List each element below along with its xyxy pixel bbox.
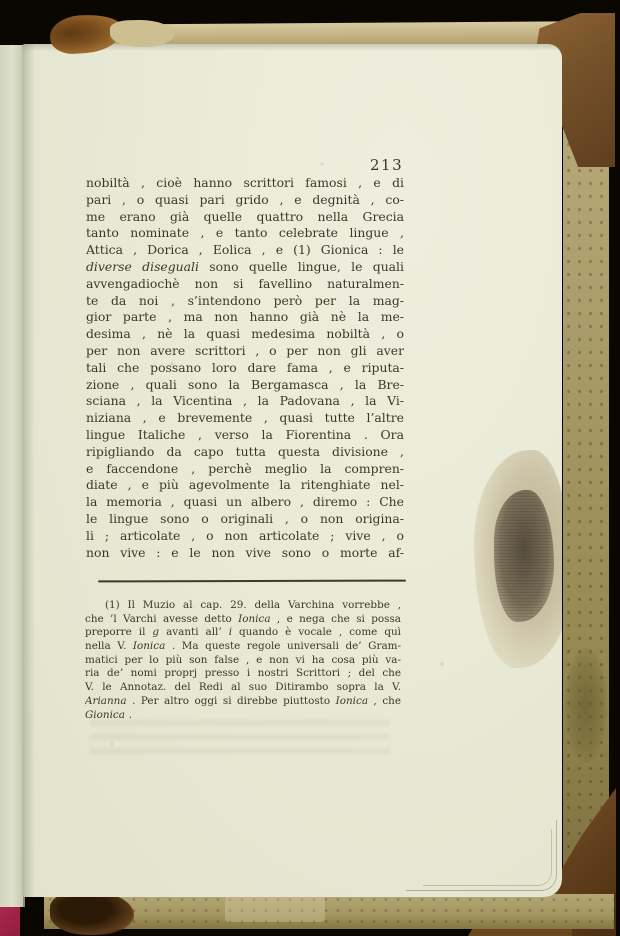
italic-text: Arianna [85, 695, 127, 707]
body-text-line: te da noi , s’intendono però per la mag- [86, 293, 404, 310]
body-text: nobiltà , cioè hanno scrittori famosi , … [86, 175, 404, 561]
book-scan: 213 nobiltà , cioè hanno scrittori famos… [0, 0, 620, 936]
italic-text: diverse diseguali [86, 259, 199, 274]
body-text-line: pari , o quasi pari grido , e degnità , … [86, 192, 404, 209]
body-text-line: nobiltà , cioè hanno scrittori famosi , … [86, 175, 404, 192]
body-text-line: avvengadiochè non si favellino naturalme… [86, 276, 404, 293]
body-text-line: ripigliando da capo tutta questa divisio… [86, 444, 404, 461]
footnote-line: V. le Annotaz. del Redi al suo Ditirambo… [85, 681, 401, 695]
body-text-line: lingue Italiche , verso la Fiorentina . … [86, 427, 404, 444]
body-text-line: tanto nominate , e tanto celebrate lingu… [86, 225, 404, 242]
body-text-line: diverse diseguali sono quelle lingue, le… [86, 259, 404, 276]
footnote-separator-rule [98, 580, 406, 583]
gutter-shadow [22, 44, 35, 897]
body-text-line: la memoria , quasi un albero , diremo : … [86, 494, 404, 511]
page-number: 213 [370, 156, 403, 174]
cover-bottom-light-patch [225, 896, 325, 922]
footnote-line: che ’l Varchi avesse detto Ionica , e ne… [85, 613, 401, 627]
body-text-line: e faccendone , perchè meglio la compren- [86, 461, 404, 478]
body-text-line: zione , quali sono la Bergamasca , la Br… [86, 377, 404, 394]
footnote-text: (1) Il Muzio al cap. 29. della Varchina … [85, 599, 401, 722]
footnote-line: ria de’ nomi proprj presso i nostri Scri… [85, 667, 401, 681]
footnote-line: matici per lo più son false , e non vi h… [85, 654, 401, 668]
footnote-line: Arianna . Per altro oggi si direbbe piut… [85, 695, 401, 709]
verso-showthrough [90, 720, 390, 758]
ink-stain [474, 450, 562, 668]
footnote-line: preporre il g avanti all’ i quando è voc… [85, 626, 401, 640]
body-text-line: desima , nè la quasi medesima nobiltà , … [86, 326, 404, 343]
cover-stain-blotch [565, 648, 607, 763]
body-text-line: me erano già quelle quattro nella Grecia [86, 209, 404, 226]
footnote-line: (1) Il Muzio al cap. 29. della Varchina … [85, 599, 401, 613]
body-text-line: non vive : e le non vive sono o morte af… [86, 545, 404, 562]
body-text-line: sciana , la Vicentina , la Padovana , la… [86, 393, 404, 410]
stain-core [494, 490, 554, 622]
book-page: 213 nobiltà , cioè hanno scrittori famos… [22, 44, 562, 897]
page-edge-lines-inner [423, 829, 552, 886]
body-text-line: li ; articolate , o non articolate ; viv… [86, 528, 404, 545]
torn-paper-nub [110, 19, 174, 47]
italic-text: Gionica [85, 709, 125, 721]
body-text-line: per non avere scrittori , o per non gli … [86, 343, 404, 360]
footnote-line: nella V. Ionica . Ma queste regole unive… [85, 640, 401, 654]
body-text-line: diate , e più agevolmente la ritenghiate… [86, 477, 404, 494]
italic-text: Ionica [336, 695, 368, 707]
italic-text: Ionica [238, 613, 270, 625]
body-text-line: gior parte , ma non hanno già nè la me- [86, 309, 404, 326]
body-text-line: le lingue sono o originali , o non origi… [86, 511, 404, 528]
body-text-line: tali che possano loro dare fama , e ripu… [86, 360, 404, 377]
italic-text: Ionica [133, 640, 165, 652]
body-text-line: Attica , Dorica , Eolica , e (1) Gionica… [86, 242, 404, 259]
body-text-line: niziana , e brevemente , quasi tutte l’a… [86, 410, 404, 427]
ink-smudge [50, 891, 134, 935]
